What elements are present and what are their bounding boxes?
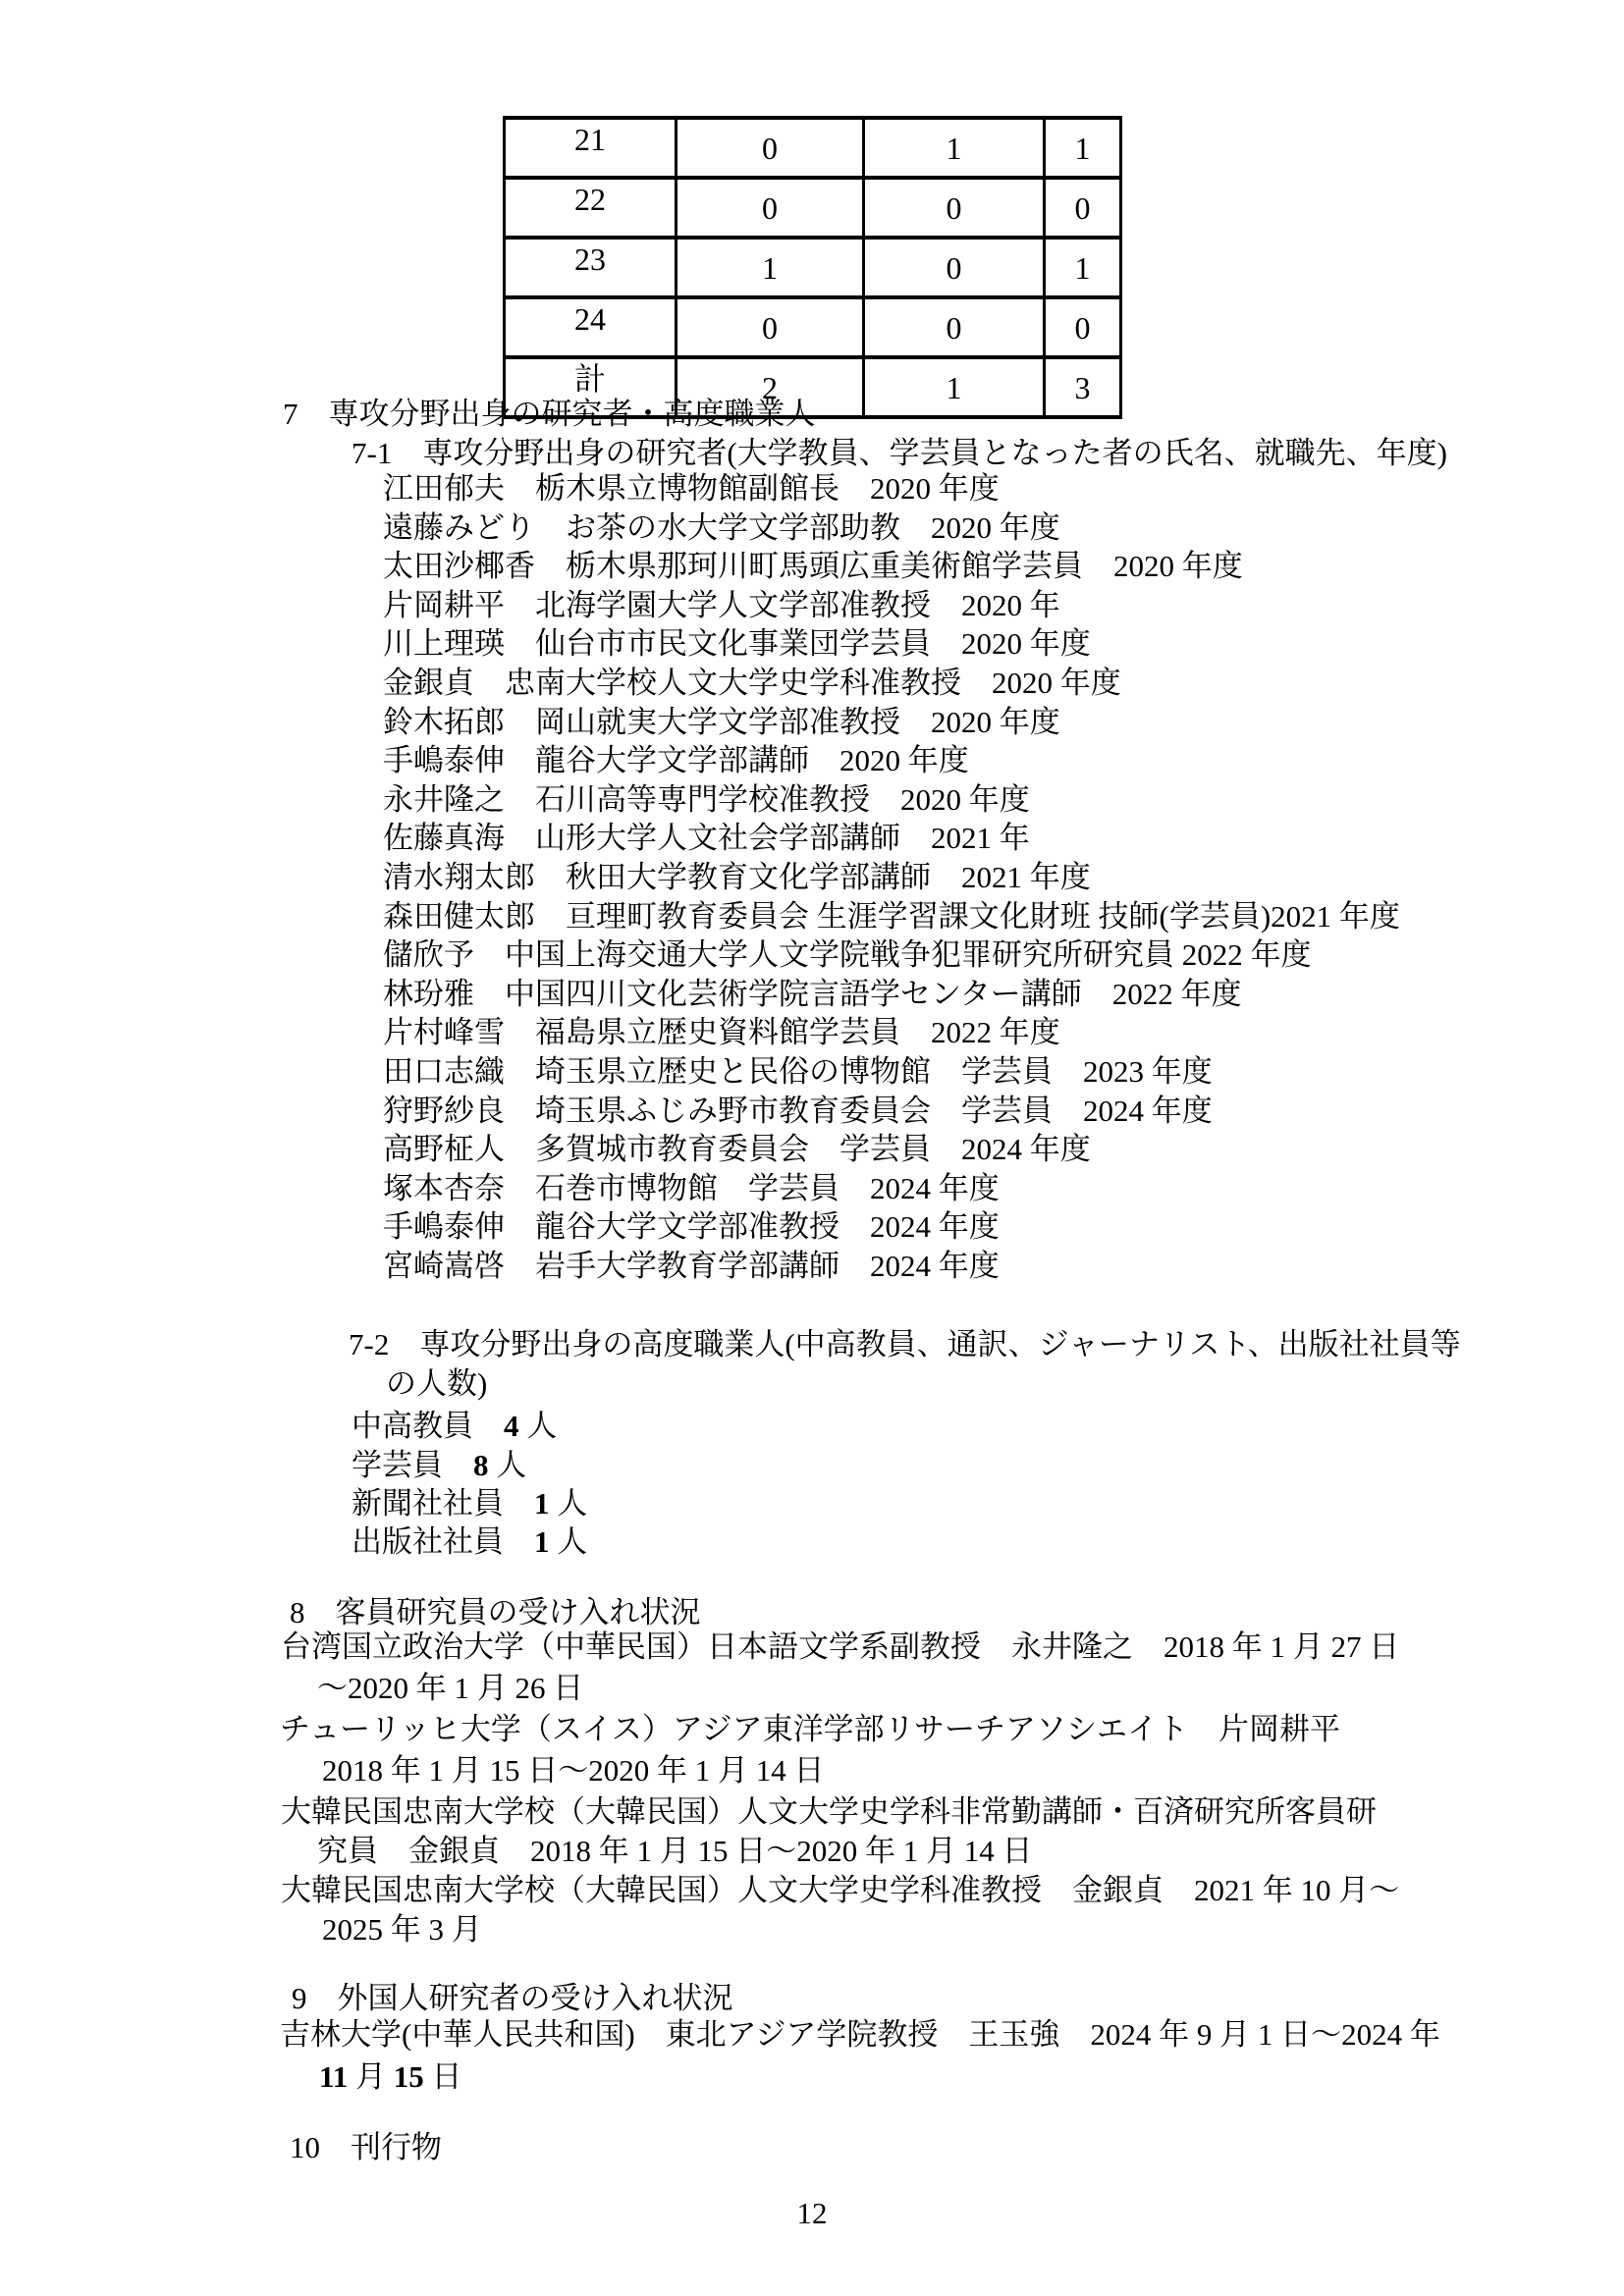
- section72-heading-line2: の人数): [386, 1366, 487, 1402]
- count-value: 4: [504, 1409, 519, 1443]
- researcher-line: 手嶋泰伸 龍谷大学文学部講師 2020 年度: [383, 741, 1400, 780]
- document-page: 21 0 1 1 22 0 0 0 23 1 0 1 24 0 0 0 計 2 …: [0, 0, 1624, 2296]
- researcher-line: 遠藤みどり お茶の水大学文学部助教 2020 年度: [383, 508, 1400, 548]
- table-cell: 1: [677, 238, 864, 297]
- table-cell: 0: [864, 178, 1045, 238]
- researcher-line: 江田郁夫 栃木県立博物館副館長 2020 年度: [383, 469, 1400, 508]
- count-unit: 人: [550, 1486, 588, 1521]
- researcher-line: 片村峰雪 福島県立歴史資料館学芸員 2022 年度: [383, 1013, 1400, 1052]
- table-cell: 0: [677, 178, 864, 238]
- table-cell: 1: [1045, 238, 1121, 297]
- table-cell: 0: [864, 238, 1045, 297]
- visiting-researcher-line: 大韓民国忠南大学校（大韓民国）人文大学史学科准教授 金銀貞 2021 年 10 …: [281, 1873, 1399, 1908]
- table-row: 23 1 0 1: [505, 238, 1121, 297]
- researcher-line: 金銀貞 忠南大学校人文大学史学科准教授 2020 年度: [383, 664, 1400, 703]
- researcher-line: 川上理瑛 仙台市市民文化事業団学芸員 2020 年度: [383, 624, 1400, 664]
- table-row: 22 0 0 0: [505, 178, 1121, 238]
- section10-heading: 10 刊行物: [290, 2130, 442, 2165]
- count-unit: 人: [519, 1409, 558, 1443]
- visiting-researcher-line: 台湾国立政治大学（中華民国）日本語文学系副教授 永井隆之 2018 年 1 月 …: [281, 1629, 1399, 1665]
- count-line: 学芸員 8 人: [352, 1448, 526, 1483]
- researcher-line: 片岡耕平 北海学園大学人文学部准教授 2020 年: [383, 586, 1400, 625]
- researcher-line: 狩野紗良 埼玉県ふじみ野市教育委員会 学芸員 2024 年度: [383, 1092, 1400, 1131]
- visiting-researcher-line-cont: 2025 年 3 月: [322, 1912, 482, 1948]
- researcher-line: 手嶋泰伸 龍谷大学文学部准教授 2024 年度: [383, 1207, 1400, 1247]
- count-value: 1: [534, 1486, 550, 1521]
- researcher-line: 鈴木拓郎 岡山就実大学文学部准教授 2020 年度: [383, 703, 1400, 742]
- section71-heading: 7-1 専攻分野出身の研究者(大学教員、学芸員となった者の氏名、就職先、年度): [352, 436, 1447, 471]
- table-cell: 1: [1045, 118, 1121, 178]
- count-label: 出版社社員: [352, 1524, 534, 1559]
- count-label: 新聞社社員: [352, 1486, 534, 1521]
- date-month-label: 月: [348, 2059, 394, 2094]
- table-cell-rowlabel: 23: [505, 238, 677, 297]
- summary-table: 21 0 1 1 22 0 0 0 23 1 0 1 24 0 0 0 計 2 …: [503, 116, 1122, 419]
- table-cell-rowlabel: 24: [505, 297, 677, 357]
- section7-heading: 7 専攻分野出身の研究者・高度職業人: [283, 397, 816, 432]
- visiting-researcher-line-cont: ～2020 年 1 月 26 日: [317, 1671, 583, 1706]
- researcher-line: 宮崎嵩啓 岩手大学教育学部講師 2024 年度: [383, 1247, 1400, 1286]
- count-label: 学芸員: [352, 1448, 473, 1482]
- count-label: 中高教員: [352, 1409, 504, 1443]
- table-cell: 0: [1045, 178, 1121, 238]
- foreign-researcher-line-cont: 11 月 15 日: [319, 2059, 462, 2095]
- table-cell-rowlabel: 22: [505, 178, 677, 238]
- researcher-line: 永井隆之 石川高等専門学校准教授 2020 年度: [383, 780, 1400, 820]
- date-day-label: 日: [424, 2059, 462, 2094]
- date-day2: 15: [394, 2059, 424, 2094]
- section8-heading: 8 客員研究員の受け入れ状況: [290, 1595, 701, 1630]
- table-row: 21 0 1 1: [505, 118, 1121, 178]
- visiting-researcher-line: 大韓民国忠南大学校（大韓民国）人文大学史学科非常勤講師・百済研究所客員研: [281, 1794, 1377, 1830]
- table-cell: 0: [677, 118, 864, 178]
- researcher-line: 森田健太郎 亘理町教育委員会 生涯学習課文化財班 技師(学芸員)2021 年度: [383, 897, 1400, 936]
- count-line: 出版社社員 1 人: [352, 1524, 587, 1560]
- page-number: 12: [0, 2196, 1624, 2231]
- researcher-list: 江田郁夫 栃木県立博物館副館長 2020 年度 遠藤みどり お茶の水大学文学部助…: [383, 469, 1400, 1285]
- researcher-line: 儲欣予 中国上海交通大学人文学院戦争犯罪研究所研究員 2022 年度: [383, 935, 1400, 975]
- researcher-line: 高野柾人 多賀城市教育委員会 学芸員 2024 年度: [383, 1130, 1400, 1169]
- researcher-line: 林玢雅 中国四川文化芸術学院言語学センター講師 2022 年度: [383, 975, 1400, 1014]
- researcher-line: 清水翔太郎 秋田大学教育文化学部講師 2021 年度: [383, 858, 1400, 897]
- count-unit: 人: [550, 1524, 588, 1559]
- table-cell: 1: [864, 118, 1045, 178]
- table-cell-rowlabel: 21: [505, 118, 677, 178]
- researcher-line: 田口志織 埼玉県立歴史と民俗の博物館 学芸員 2023 年度: [383, 1052, 1400, 1092]
- count-line: 中高教員 4 人: [352, 1409, 557, 1444]
- visiting-researcher-line-cont: 究員 金銀貞 2018 年 1 月 15 日～2020 年 1 月 14 日: [317, 1834, 1033, 1869]
- date-day: 11: [319, 2059, 348, 2094]
- count-line: 新聞社社員 1 人: [352, 1486, 587, 1522]
- visiting-researcher-line-cont: 2018 年 1 月 15 日～2020 年 1 月 14 日: [322, 1753, 825, 1789]
- table-cell: 1: [864, 357, 1045, 417]
- researcher-line: 佐藤真海 山形大学人文社会学部講師 2021 年: [383, 819, 1400, 858]
- table-cell: 0: [1045, 297, 1121, 357]
- foreign-researcher-line: 吉林大学(中華人民共和国) 東北アジア学院教授 王玉強 2024 年 9 月 1…: [280, 2017, 1440, 2053]
- count-value: 1: [534, 1524, 550, 1559]
- researcher-line: 塚本杏奈 石巻市博物館 学芸員 2024 年度: [383, 1169, 1400, 1208]
- table-row: 24 0 0 0: [505, 297, 1121, 357]
- section72-heading-line1: 7-2 専攻分野出身の高度職業人(中高教員、通訳、ジャーナリスト、出版社社員等: [349, 1327, 1461, 1362]
- count-value: 8: [473, 1448, 489, 1482]
- visiting-researcher-line: チューリッヒ大学（スイス）アジア東洋学部リサーチアソシエイト 片岡耕平: [280, 1712, 1340, 1747]
- table-cell: 3: [1045, 357, 1121, 417]
- table-cell: 0: [677, 297, 864, 357]
- section9-heading: 9 外国人研究者の受け入れ状況: [292, 1981, 733, 2016]
- researcher-line: 太田沙椰香 栃木県那珂川町馬頭広重美術館学芸員 2020 年度: [383, 547, 1400, 586]
- table-cell: 0: [864, 297, 1045, 357]
- count-unit: 人: [489, 1448, 527, 1482]
